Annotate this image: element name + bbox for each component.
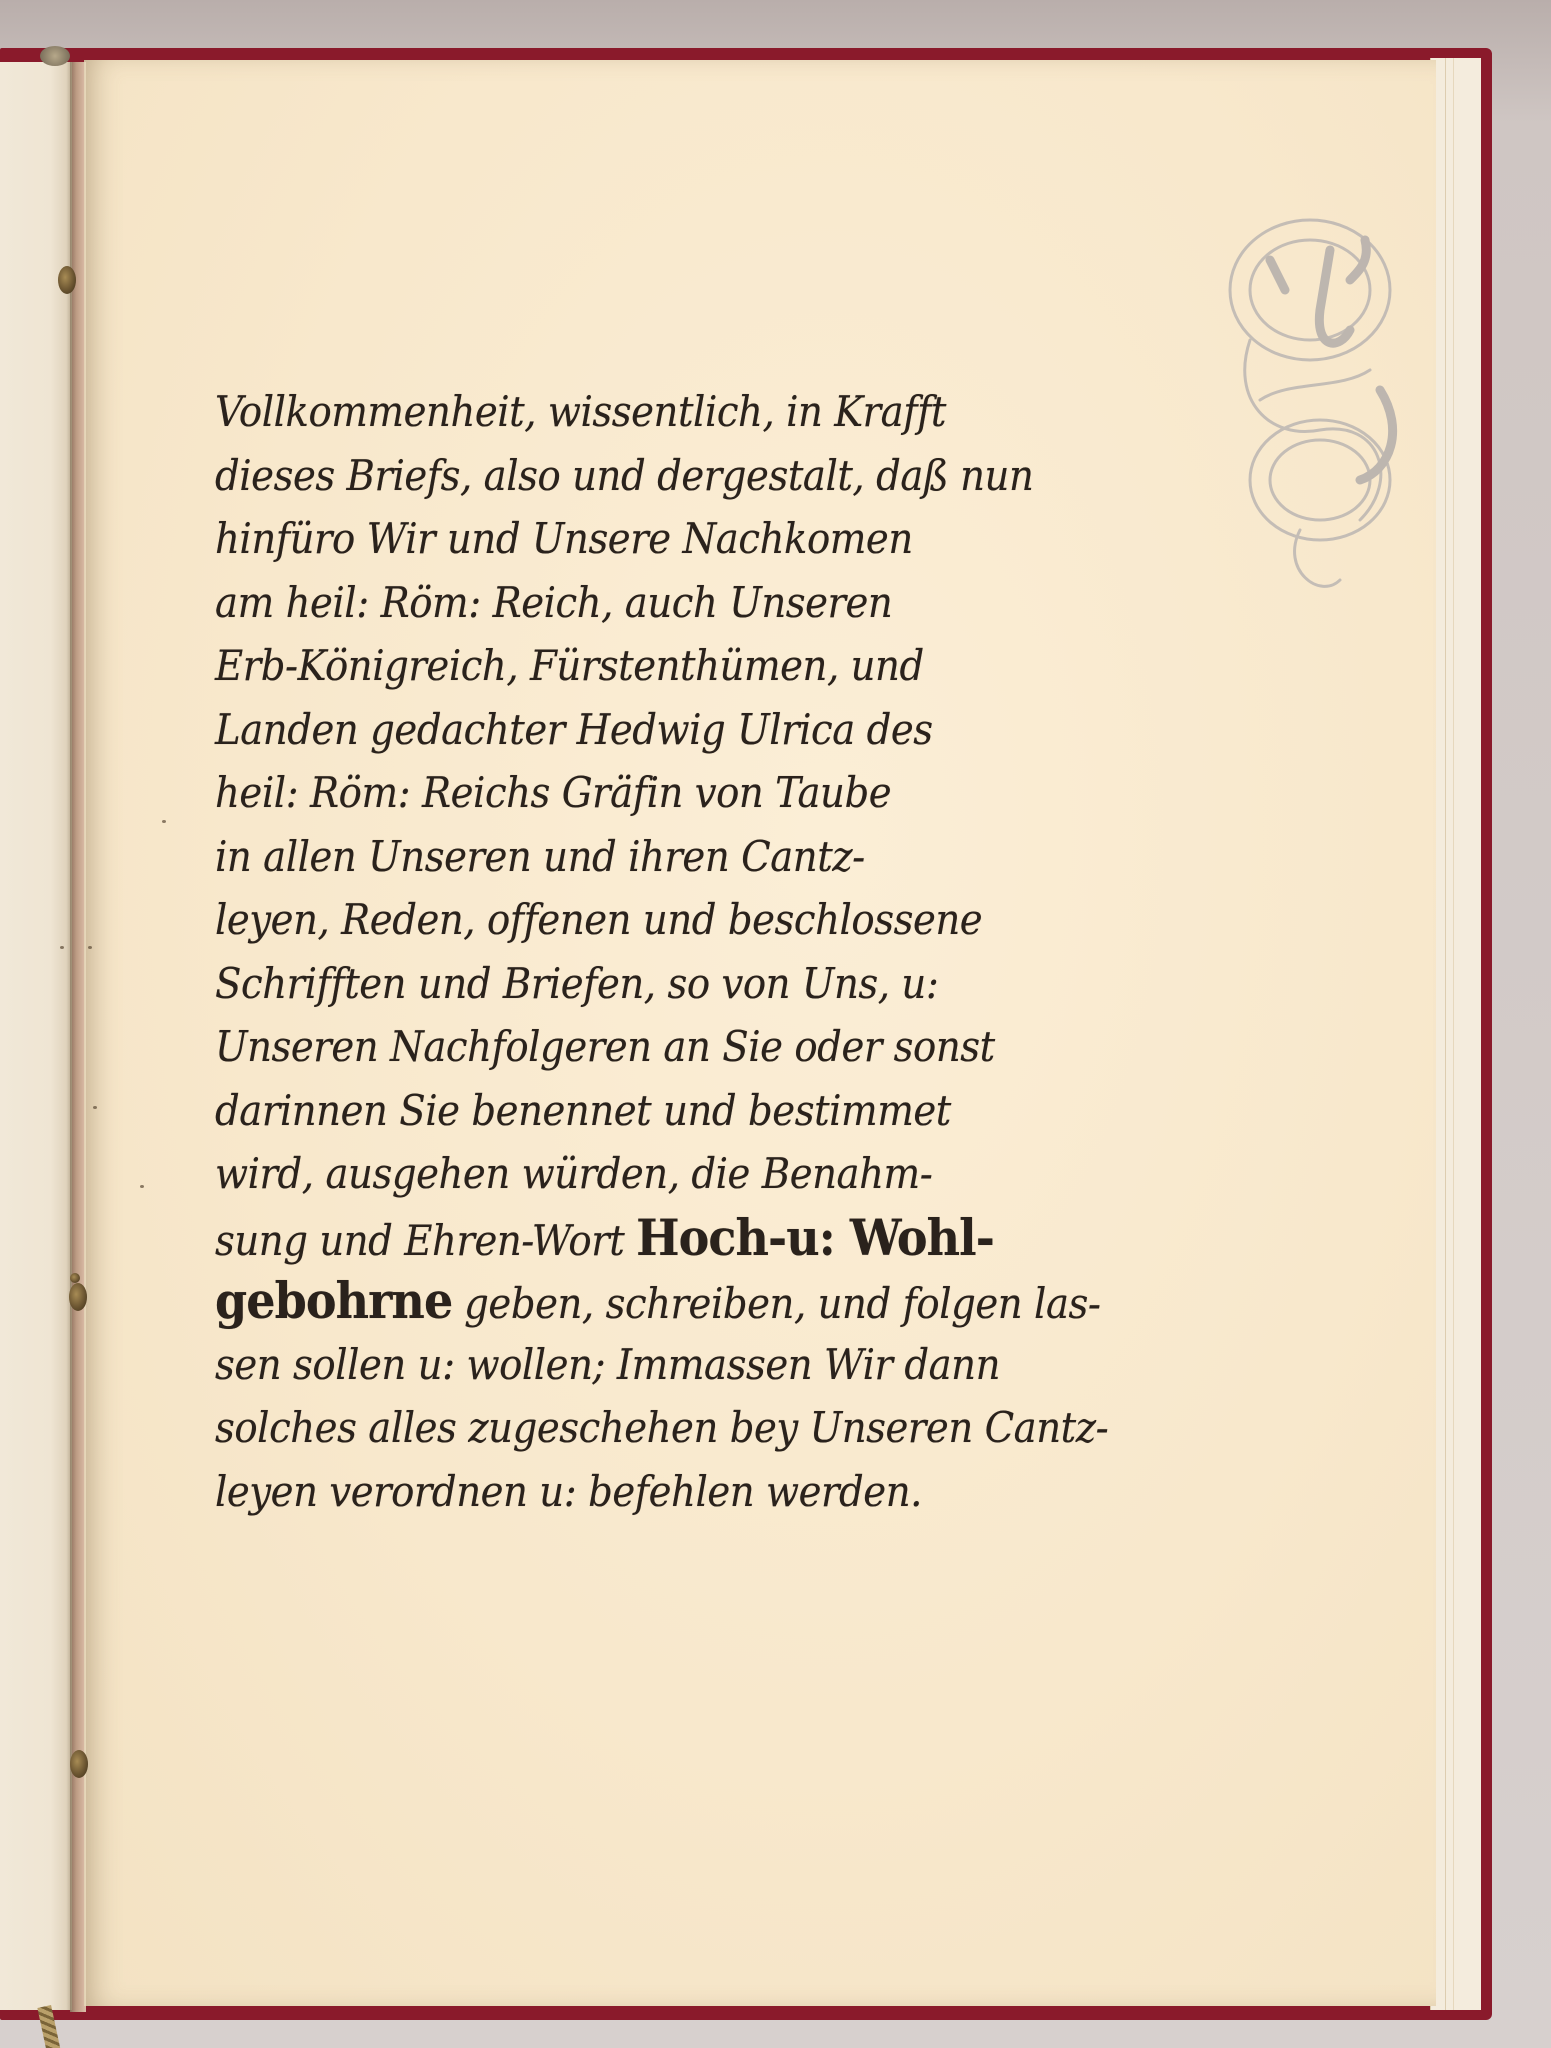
text-segment: geben, schreiben, und folgen las-	[452, 1279, 1100, 1328]
manuscript-text: Vollkommenheit, wissentlich, in Krafft d…	[215, 380, 1255, 1523]
speck	[162, 820, 166, 823]
emphasized-title: Hoch-u: Wohl-	[636, 1208, 994, 1267]
speck	[140, 1185, 144, 1188]
binding-stitch-icon	[69, 1283, 87, 1311]
facing-left-page	[0, 62, 72, 2010]
text-line: am heil: Röm: Reich, auch Unseren	[215, 571, 1172, 635]
speck	[93, 1106, 97, 1109]
text-line: Schrifften und Briefen, so von Uns, u:	[215, 952, 1172, 1016]
ink-speck-icon	[70, 1273, 80, 1283]
binding-stitch-icon	[70, 1750, 88, 1778]
text-line-with-emphasis: sung und Ehren-Wort Hoch-u: Wohl-	[215, 1206, 1172, 1270]
text-line-with-emphasis: gebohrne geben, schreiben, und folgen la…	[215, 1269, 1172, 1333]
text-line: leyen verordnen u: befehlen werden.	[215, 1460, 1172, 1524]
text-line: hinfüro Wir und Unsere Nachkomen	[215, 507, 1172, 571]
binding-knot	[40, 46, 70, 66]
emphasized-title: gebohrne	[215, 1271, 452, 1330]
text-line: Unseren Nachfolgeren an Sie oder sonst	[215, 1015, 1172, 1079]
text-segment: sung und Ehren-Wort	[215, 1216, 636, 1265]
text-line: solches alles zugeschehen bey Unseren Ca…	[215, 1396, 1172, 1460]
text-line: heil: Röm: Reichs Gräfin von Taube	[215, 761, 1172, 825]
text-line: Vollkommenheit, wissentlich, in Krafft	[215, 380, 1172, 444]
page-edges	[1430, 58, 1481, 2010]
binding-stitch-icon	[58, 266, 76, 294]
text-line: sen sollen u: wollen; Immassen Wir dann	[215, 1333, 1172, 1397]
book-gutter	[70, 62, 86, 2012]
text-line: wird, ausgehen würden, die Benahm-	[215, 1142, 1172, 1206]
text-line: dieses Briefs, also und dergestalt, daß …	[215, 444, 1172, 508]
text-line: darinnen Sie benennet und bestimmet	[215, 1079, 1172, 1143]
text-line: in allen Unseren und ihren Cantz-	[215, 825, 1172, 889]
speck	[60, 946, 64, 949]
speck	[88, 946, 92, 949]
text-line: Landen gedachter Hedwig Ulrica des	[215, 698, 1172, 762]
text-line: leyen, Reden, offenen und beschlossene	[215, 888, 1172, 952]
text-line: Erb-Königreich, Fürstenthümen, und	[215, 634, 1172, 698]
